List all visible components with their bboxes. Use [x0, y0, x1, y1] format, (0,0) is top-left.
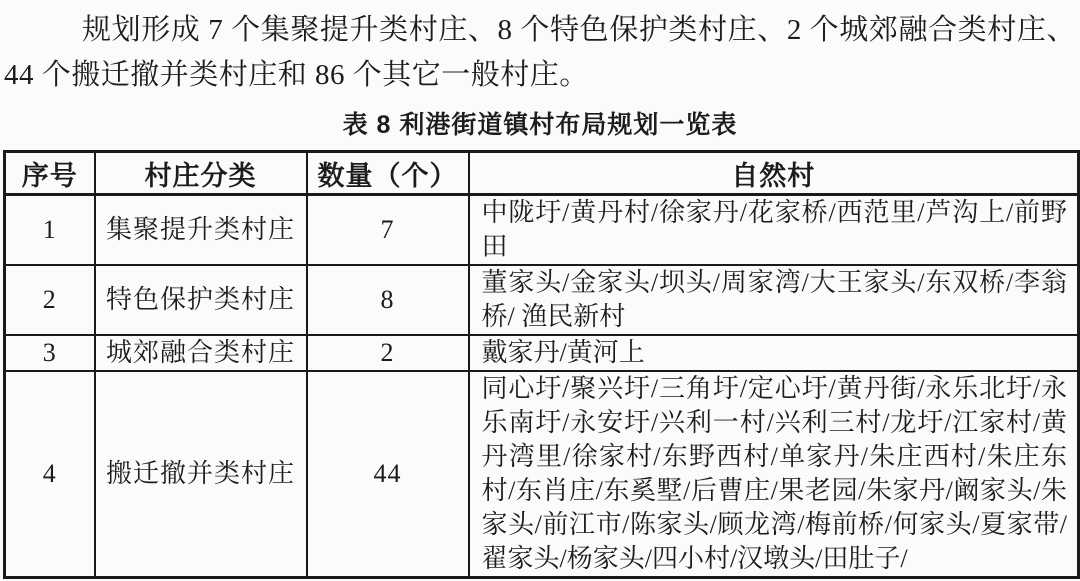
row1-villages: 中陇圩/黄丹村/徐家丹/花家桥/西范里/芦沟上/前野田 [469, 195, 1079, 266]
table-row: 3 城郊融合类村庄 2 戴家丹/黄河上 [5, 335, 1079, 371]
row4-count: 44 [307, 371, 469, 578]
header-count: 数量（个） [307, 152, 469, 195]
row2-villages: 董家头/金家头/坝头/周家湾/大王家头/东双桥/李翁桥/ 渔民新村 [469, 265, 1079, 335]
table-row: 1 集聚提升类村庄 7 中陇圩/黄丹村/徐家丹/花家桥/西范里/芦沟上/前野田 [5, 195, 1079, 266]
row2-count: 8 [307, 265, 469, 335]
row3-count: 2 [307, 335, 469, 371]
row4-villages: 同心圩/聚兴圩/三角圩/定心圩/黄丹街/永乐北圩/永乐南圩/永安圩/兴利一村/兴… [469, 371, 1079, 578]
row1-category: 集聚提升类村庄 [95, 195, 307, 266]
document-page: 规划形成 7 个集聚提升类村庄、8 个特色保护类村庄、2 个城郊融合类村庄、44… [0, 8, 1080, 581]
row3-villages: 戴家丹/黄河上 [469, 335, 1079, 371]
row2-index: 2 [5, 265, 95, 335]
row4-category: 搬迁撤并类村庄 [95, 371, 307, 578]
row1-count: 7 [307, 195, 469, 266]
table-row: 4 搬迁撤并类村庄 44 同心圩/聚兴圩/三角圩/定心圩/黄丹街/永乐北圩/永乐… [5, 371, 1079, 578]
intro-paragraph: 规划形成 7 个集聚提升类村庄、8 个特色保护类村庄、2 个城郊融合类村庄、44… [4, 8, 1076, 98]
village-layout-table: 序号 村庄分类 数量（个） 自然村 1 集聚提升类村庄 7 中陇圩/黄丹村/徐家… [3, 150, 1080, 579]
row1-index: 1 [5, 195, 95, 266]
row4-index: 4 [5, 371, 95, 578]
header-index: 序号 [5, 152, 95, 195]
row3-index: 3 [5, 335, 95, 371]
row2-category: 特色保护类村庄 [95, 265, 307, 335]
header-category: 村庄分类 [95, 152, 307, 195]
header-villages: 自然村 [469, 152, 1079, 195]
row3-category: 城郊融合类村庄 [95, 335, 307, 371]
table-caption: 表 8 利港街道镇村布局规划一览表 [0, 110, 1080, 140]
table-header-row: 序号 村庄分类 数量（个） 自然村 [5, 152, 1079, 195]
table-row: 2 特色保护类村庄 8 董家头/金家头/坝头/周家湾/大王家头/东双桥/李翁桥/… [5, 265, 1079, 335]
